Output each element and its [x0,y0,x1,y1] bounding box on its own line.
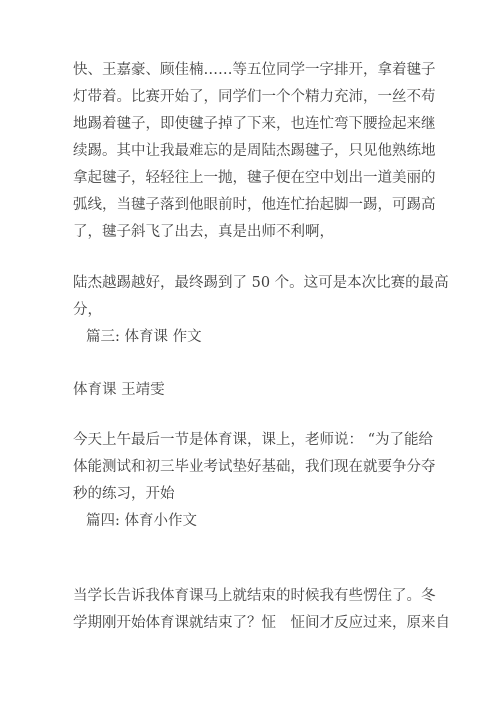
essay-title-text: 体育课 王靖雯 [73,377,436,404]
text-line: 续踢。其中让我最难忘的是周陆杰踢毽子，只见他熟练地 [73,138,436,165]
text-line: 了，毽子斜飞了出去，真是出师不利啊， [73,219,436,246]
essay-title-author: 体育课 王靖雯 [73,377,436,404]
text-line: 快、王嘉豪、顾佳楠……等五位同学一字排开，拿着毽子 [73,57,436,84]
essay-document-page: 快、王嘉豪、顾佳楠……等五位同学一字排开，拿着毽子 灯带着。比赛开始了，同学们一… [0,0,500,707]
text-line: 分， [73,297,436,324]
section-heading-3: 篇三: 体育课 作文 [73,324,436,351]
text-line: 学期刚开始体育课就结束了？怔 怔间才反应过来，原来自 [73,610,436,637]
section-heading-text: 篇三: 体育课 作文 [73,324,436,351]
paragraph-kicking-contest: 快、王嘉豪、顾佳楠……等五位同学一字排开，拿着毽子 灯带着。比赛开始了，同学们一… [73,57,436,246]
paragraph-pe-class: 今天上午最后一节是体育课，课上，老师说： “为了能给 体能测试和初三毕业考试垫好… [73,427,436,508]
text-line: 灯带着。比赛开始了，同学们一个个精力充沛，一丝不苟 [73,84,436,111]
text-line: 拿起毽子，轻轻往上一抛，毽子便在空中划出一道美丽的 [73,165,436,192]
text-line: 当学长告诉我体育课马上就结束的时候我有些愣住了。冬 [73,583,436,610]
text-line: 陆杰越踢越好，最终踢到了 50 个。这可是本次比赛的最高 [73,270,436,297]
paragraph-semester-end: 当学长告诉我体育课马上就结束的时候我有些愣住了。冬 学期刚开始体育课就结束了？怔… [73,583,436,637]
text-line: 地踢着毽子，即使毽子掉了下来，也连忙弯下腰捡起来继 [73,111,436,138]
text-line: 体能测试和初三毕业考试垫好基础，我们现在就要争分夺 [73,454,436,481]
section-heading-4: 篇四: 体育小作文 [73,508,436,535]
text-line: 秒的练习，开始 [73,481,436,508]
text-line: 今天上午最后一节是体育课，课上，老师说： “为了能给 [73,427,436,454]
text-line: 弧线，当毽子落到他眼前时，他连忙抬起脚一踢，可踢高 [73,192,436,219]
paragraph-result: 陆杰越踢越好，最终踢到了 50 个。这可是本次比赛的最高 分， [73,270,436,324]
section-heading-text: 篇四: 体育小作文 [73,508,436,535]
